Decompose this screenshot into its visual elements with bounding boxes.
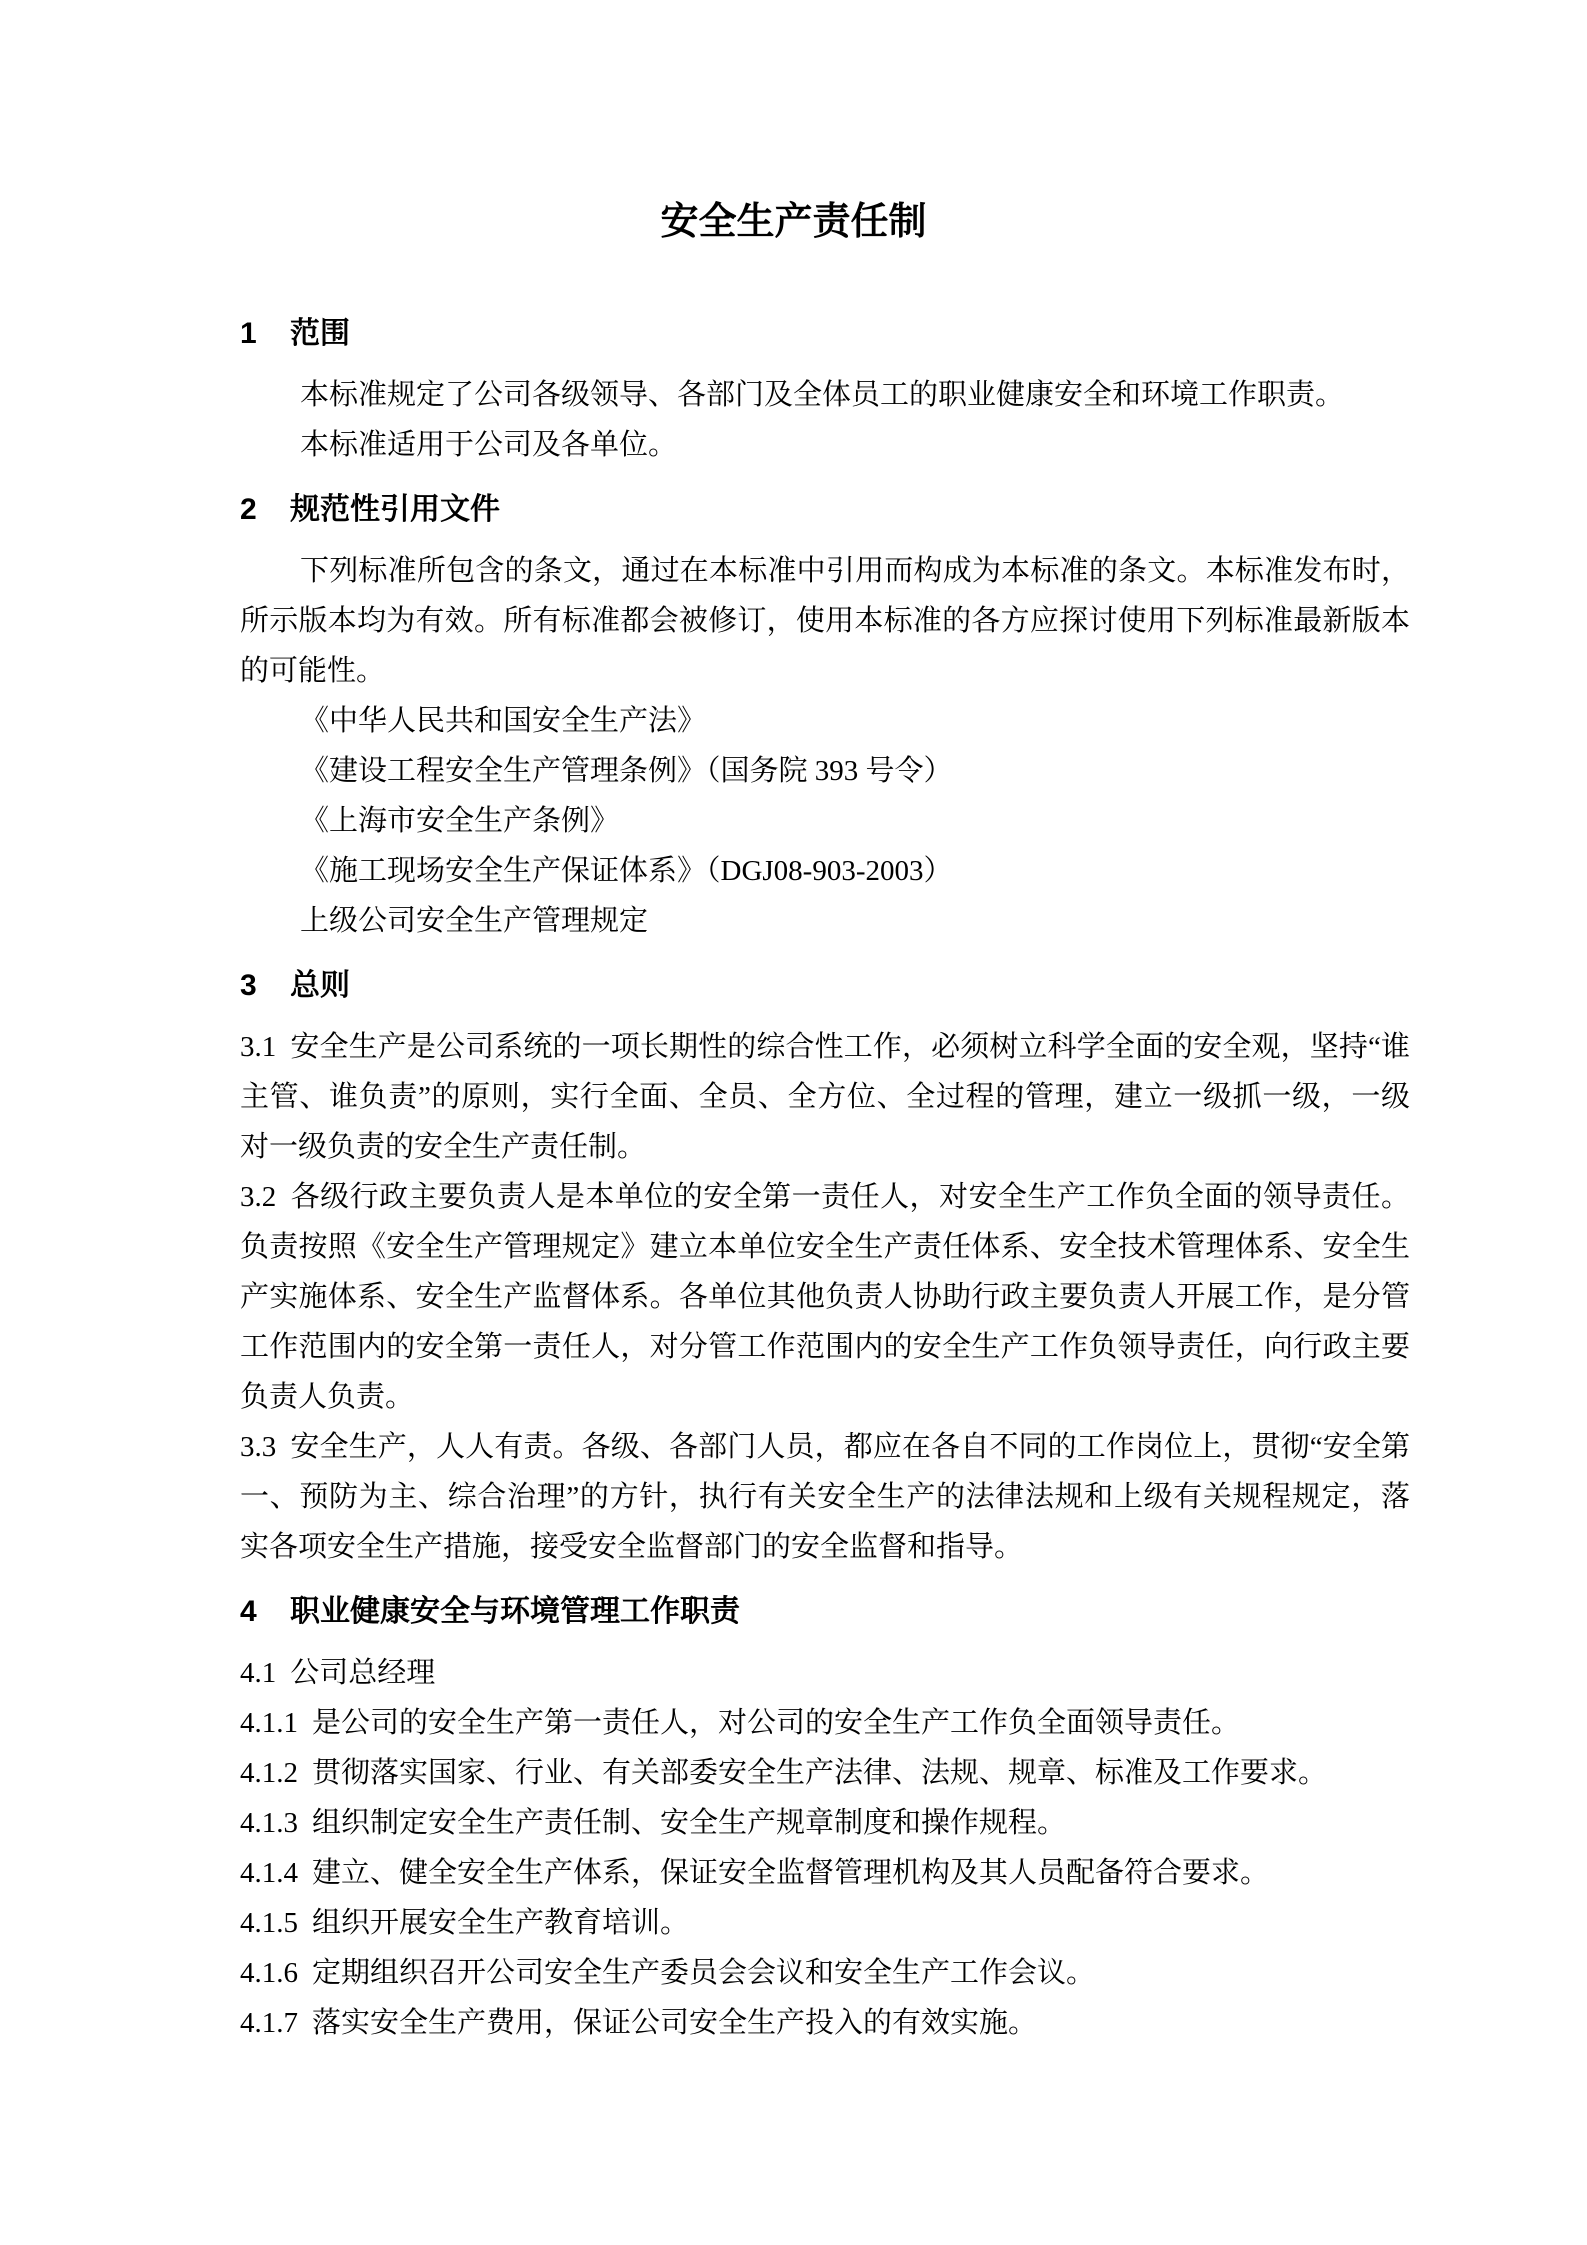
clause-number: 3.3	[240, 1431, 276, 1463]
section-heading-hse-responsibilities: 4职业健康安全与环境管理工作职责	[240, 1587, 1410, 1637]
section-number: 1	[240, 309, 290, 359]
section-heading-normative-references: 2规范性引用文件	[240, 485, 1410, 535]
clause: 3.2各级行政主要负责人是本单位的安全第一责任人，对安全生产工作负全面的领导责任…	[240, 1172, 1410, 1422]
paragraph: 下列标准所包含的条文，通过在本标准中引用而构成为本标准的条文。本标准发布时，所示…	[240, 546, 1410, 696]
clause-text: 各级行政主要负责人是本单位的安全第一责任人，对安全生产工作负全面的领导责任。负责…	[240, 1181, 1410, 1413]
clause-text: 贯彻落实国家、行业、有关部委安全生产法律、法规、规章、标准及工作要求。	[312, 1757, 1327, 1789]
clause: 4.1.1是公司的安全生产第一责任人，对公司的安全生产工作负全面领导责任。	[240, 1698, 1410, 1748]
clause-number: 4.1.5	[240, 1907, 298, 1939]
clause-number: 4.1	[240, 1657, 276, 1689]
clause-number: 4.1.3	[240, 1807, 298, 1839]
reference-item: 上级公司安全生产管理规定	[240, 896, 1410, 946]
clause-text: 是公司的安全生产第一责任人，对公司的安全生产工作负全面领导责任。	[312, 1707, 1240, 1739]
paragraph: 本标准适用于公司及各单位。	[240, 420, 1410, 470]
paragraph: 本标准规定了公司各级领导、各部门及全体员工的职业健康安全和环境工作职责。	[240, 370, 1410, 420]
clause-text: 定期组织召开公司安全生产委员会会议和安全生产工作会议。	[312, 1957, 1095, 1989]
clause-text: 公司总经理	[290, 1657, 435, 1689]
section-label: 规范性引用文件	[290, 493, 500, 526]
clause: 3.3安全生产，人人有责。各级、各部门人员，都应在各自不同的工作岗位上，贯彻“安…	[240, 1422, 1410, 1572]
section-heading-scope: 1范围	[240, 309, 1410, 359]
section-number: 3	[240, 961, 290, 1011]
section-number: 2	[240, 485, 290, 535]
clause-number: 4.1.2	[240, 1757, 298, 1789]
clause-number: 4.1.1	[240, 1707, 298, 1739]
section-label: 职业健康安全与环境管理工作职责	[290, 1595, 740, 1628]
clause: 4.1.2贯彻落实国家、行业、有关部委安全生产法律、法规、规章、标准及工作要求。	[240, 1748, 1410, 1798]
clause-text: 安全生产，人人有责。各级、各部门人员，都应在各自不同的工作岗位上，贯彻“安全第一…	[240, 1431, 1410, 1563]
clause-number: 3.2	[240, 1181, 276, 1213]
document-body: 1范围 本标准规定了公司各级领导、各部门及全体员工的职业健康安全和环境工作职责。…	[240, 309, 1410, 2048]
clause: 4.1公司总经理	[240, 1648, 1410, 1698]
document-page: 安全生产责任制 1范围 本标准规定了公司各级领导、各部门及全体员工的职业健康安全…	[0, 0, 1587, 2245]
clause-number: 4.1.6	[240, 1957, 298, 1989]
clause-number: 4.1.4	[240, 1857, 298, 1889]
clause-text: 组织开展安全生产教育培训。	[312, 1907, 689, 1939]
reference-item: 《上海市安全生产条例》	[240, 796, 1410, 846]
document-title: 安全生产责任制	[0, 197, 1587, 247]
section-heading-general-principles: 3总则	[240, 961, 1410, 1011]
clause: 4.1.5组织开展安全生产教育培训。	[240, 1898, 1410, 1948]
clause: 4.1.4建立、健全安全生产体系，保证安全监督管理机构及其人员配备符合要求。	[240, 1848, 1410, 1898]
clause: 3.1安全生产是公司系统的一项长期性的综合性工作，必须树立科学全面的安全观，坚持…	[240, 1022, 1410, 1172]
clause: 4.1.7落实安全生产费用，保证公司安全生产投入的有效实施。	[240, 1998, 1410, 2048]
clause: 4.1.6定期组织召开公司安全生产委员会会议和安全生产工作会议。	[240, 1948, 1410, 1998]
section-label: 总则	[290, 969, 350, 1002]
clause-text: 落实安全生产费用，保证公司安全生产投入的有效实施。	[312, 2007, 1037, 2039]
clause-number: 3.1	[240, 1031, 276, 1063]
clause-text: 安全生产是公司系统的一项长期性的综合性工作，必须树立科学全面的安全观，坚持“谁主…	[240, 1031, 1410, 1163]
clause: 4.1.3组织制定安全生产责任制、安全生产规章制度和操作规程。	[240, 1798, 1410, 1848]
section-label: 范围	[290, 317, 350, 350]
reference-item: 《施工现场安全生产保证体系》（DGJ08-903-2003）	[240, 846, 1410, 896]
reference-item: 《中华人民共和国安全生产法》	[240, 696, 1410, 746]
clause-number: 4.1.7	[240, 2007, 298, 2039]
section-number: 4	[240, 1587, 290, 1637]
reference-item: 《建设工程安全生产管理条例》（国务院 393 号令）	[240, 746, 1410, 796]
clause-text: 建立、健全安全生产体系，保证安全监督管理机构及其人员配备符合要求。	[312, 1857, 1269, 1889]
clause-text: 组织制定安全生产责任制、安全生产规章制度和操作规程。	[312, 1807, 1066, 1839]
